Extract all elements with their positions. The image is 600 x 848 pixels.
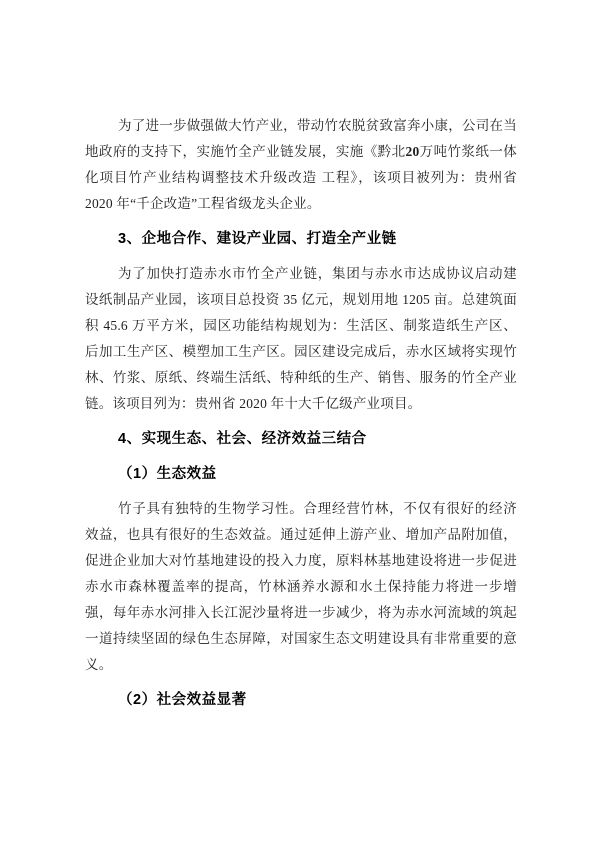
text-line: 强，每年赤水河排入长江泥沙量将进一步减少，将为赤水河流域的筑起: [85, 600, 517, 626]
text-line: 化项目竹产业结构调整技术升级改造 工程》，该项目被列为：贵州省: [85, 165, 517, 191]
text-line: 为了进一步做强做大竹产业，带动竹农脱贫致富奔小康，公司在当: [85, 113, 517, 139]
text-line: 竹子具有独特的生物学习性。合理经营竹林，不仅有很好的经济: [85, 496, 517, 522]
text-line: 2020 年“千企改造”工程省级龙头企业。: [85, 191, 517, 217]
text-segment: 林、竹浆、原纸、终端生活纸、特种纸的生产、销售、服务的竹全产业: [85, 370, 517, 385]
text-segment: 为了加快打造赤水市竹全产业链，集团与赤水市达成协议启动建: [118, 266, 517, 281]
text-segment: 地政府的支持下，实施竹全产业链发展，实施《黔北: [85, 144, 406, 159]
text-segment: 为了进一步做强做大竹产业，带动竹农脱贫致富奔小康，公司在当: [118, 118, 517, 133]
text-segment: 促进企业加大对竹基地建设的投入力度，原料林基地建设将进一步促进: [85, 553, 517, 568]
text-line: 后加工生产区、模塑加工生产区。园区建设完成后，赤水区域将实现竹: [85, 339, 517, 365]
text-segment: 万吨竹浆纸一体: [419, 144, 517, 159]
text-segment: 链。该项目列为：贵州省 2020 年十大千亿级产业项目。: [85, 396, 421, 411]
text-line: 促进企业加大对竹基地建设的投入力度，原料林基地建设将进一步促进: [85, 548, 517, 574]
text-segment: 后加工生产区、模塑加工生产区。园区建设完成后，赤水区域将实现竹: [85, 344, 517, 359]
text-segment: 2020 年“千企改造”工程省级龙头企业。: [85, 196, 321, 211]
text-line: 设纸制品产业园，该项目总投资 35 亿元，规划用地 1205 亩。总建筑面: [85, 287, 517, 313]
text-line: 林、竹浆、原纸、终端生活纸、特种纸的生产、销售、服务的竹全产业: [85, 365, 517, 391]
text-segment: 化项目竹产业结构调整技术升级改造 工程》，该项目被列为：贵州省: [85, 170, 517, 185]
para-qianbei-project: 为了进一步做强做大竹产业，带动竹农脱贫致富奔小康，公司在当地政府的支持下，实施竹…: [85, 113, 517, 217]
para-ecological-benefit: 竹子具有独特的生物学习性。合理经营竹林，不仅有很好的经济效益，也具有很好的生态效…: [85, 496, 517, 678]
text-segment: 效益，也具有很好的生态效益。通过延伸上游产业、增加产品附加值，: [85, 527, 517, 542]
text-segment: 竹子具有独特的生物学习性。合理经营竹林，不仅有很好的经济: [118, 501, 517, 516]
text-line: 赤水市森林覆盖率的提高，竹林涵养水源和水土保持能力将进一步增: [85, 574, 517, 600]
text-segment: 强，每年赤水河排入长江泥沙量将进一步减少，将为赤水河流域的筑起: [85, 605, 517, 620]
text-segment: 一道持续坚固的绿色生态屏障，对国家生态文明建设具有非常重要的意: [85, 631, 517, 646]
heading-4-1-ecological: （1）生态效益: [118, 461, 517, 487]
document-content: 为了进一步做强做大竹产业，带动竹农脱贫致富奔小康，公司在当地政府的支持下，实施竹…: [0, 0, 600, 713]
heading-4-three-benefits: 4、实现生态、社会、经济效益三结合: [118, 426, 517, 452]
text-line: 一道持续坚固的绿色生态屏障，对国家生态文明建设具有非常重要的意: [85, 626, 517, 652]
text-segment: 赤水市森林覆盖率的提高，竹林涵养水源和水土保持能力将进一步增: [85, 579, 517, 594]
text-line: 义。: [85, 652, 517, 678]
text-line: 效益，也具有很好的生态效益。通过延伸上游产业、增加产品附加值，: [85, 522, 517, 548]
text-line: 链。该项目列为：贵州省 2020 年十大千亿级产业项目。: [85, 391, 517, 417]
bold-text-segment: 20: [406, 144, 420, 159]
text-segment: 设纸制品产业园，该项目总投资 35 亿元，规划用地 1205 亩。总建筑面: [85, 292, 517, 307]
text-line: 为了加快打造赤水市竹全产业链，集团与赤水市达成协议启动建: [85, 261, 517, 287]
document-page: 为了进一步做强做大竹产业，带动竹农脱贫致富奔小康，公司在当地政府的支持下，实施竹…: [0, 0, 600, 848]
para-industrial-park: 为了加快打造赤水市竹全产业链，集团与赤水市达成协议启动建设纸制品产业园，该项目总…: [85, 261, 517, 417]
text-line: 积 45.6 万平方米，园区功能结构规划为：生活区、制浆造纸生产区、: [85, 313, 517, 339]
text-line: 地政府的支持下，实施竹全产业链发展，实施《黔北20万吨竹浆纸一体: [85, 139, 517, 165]
text-segment: 义。: [85, 657, 112, 672]
heading-3-cooperation: 3、企地合作、建设产业园、打造全产业链: [118, 226, 517, 252]
text-segment: 积 45.6 万平方米，园区功能结构规划为：生活区、制浆造纸生产区、: [85, 318, 517, 333]
heading-4-2-social: （2）社会效益显著: [118, 687, 517, 713]
